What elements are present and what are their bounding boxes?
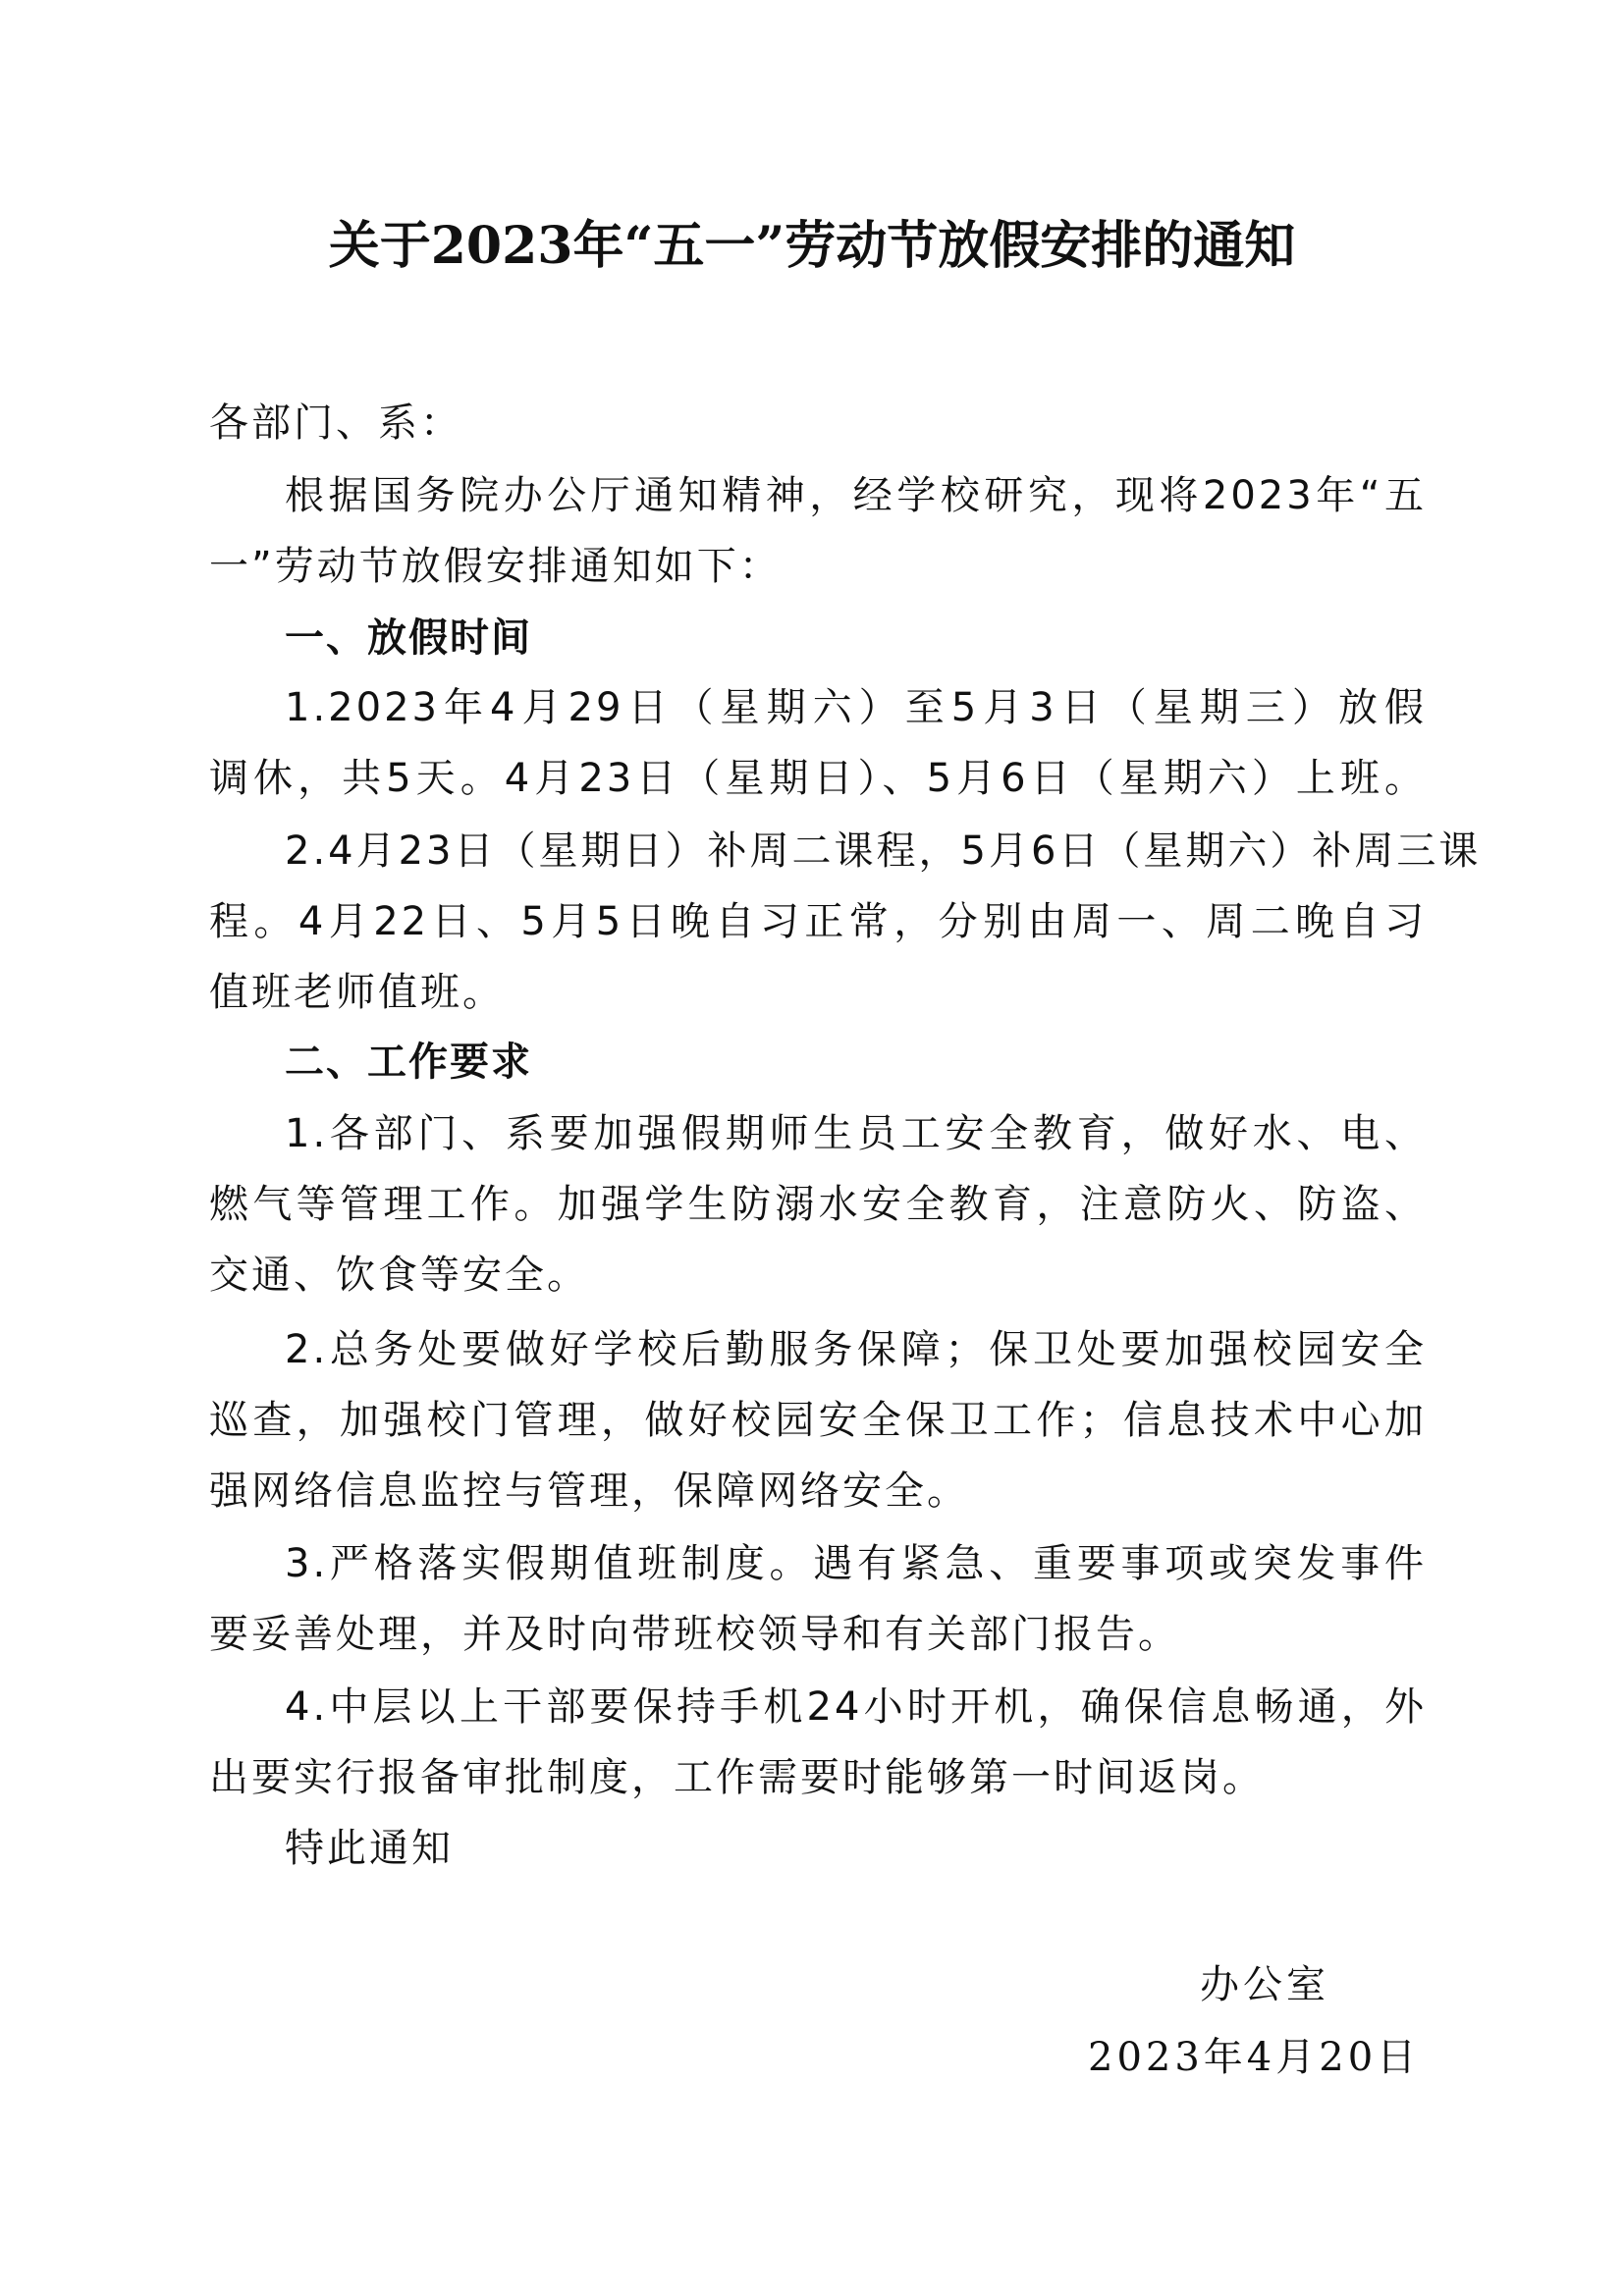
signature-date: 2023年4月20日 bbox=[1088, 2034, 1420, 2081]
holiday-item-2-line-3: 值班老师值班。 bbox=[209, 969, 1427, 1016]
intro-line-2: 一”劳动节放假安排通知如下： bbox=[209, 543, 1427, 590]
work-item-1-line-3: 交通、饮食等安全。 bbox=[209, 1252, 1427, 1299]
work-item-3-line-2: 要妥善处理，并及时向带班校领导和有关部门报告。 bbox=[209, 1611, 1427, 1658]
section-heading-holiday-time: 一、放假时间 bbox=[285, 614, 532, 662]
work-item-4-line-2: 出要实行报备审批制度，工作需要时能够第一时间返岗。 bbox=[209, 1754, 1427, 1801]
work-item-1-line-1: 1.各部门、系要加强假期师生员工安全教育，做好水、电、 bbox=[285, 1110, 1427, 1157]
holiday-item-2-line-2: 程。4月22日、5月5日晚自习正常，分别由周一、周二晚自习 bbox=[209, 898, 1427, 945]
document-title: 关于2023年“五一”劳动节放假安排的通知 bbox=[0, 204, 1624, 278]
signature-issuer: 办公室 bbox=[1200, 1961, 1329, 2008]
salutation: 各部门、系： bbox=[209, 400, 1427, 447]
work-item-1-line-2: 燃气等管理工作。加强学生防溺水安全教育，注意防火、防盗、 bbox=[209, 1181, 1427, 1228]
work-item-3-line-1: 3.严格落实假期值班制度。遇有紧急、重要事项或突发事件 bbox=[285, 1540, 1427, 1587]
intro-line-1: 根据国务院办公厅通知精神，经学校研究，现将2023年“五 bbox=[285, 472, 1427, 519]
work-item-2-line-3: 强网络信息监控与管理，保障网络安全。 bbox=[209, 1468, 1427, 1515]
closing-text: 特此通知 bbox=[285, 1825, 1427, 1872]
work-item-2-line-2: 巡查，加强校门管理，做好校园安全保卫工作；信息技术中心加 bbox=[209, 1397, 1427, 1444]
holiday-item-1-line-2: 调休，共5天。4月23日（星期日）、5月6日（星期六）上班。 bbox=[209, 755, 1427, 802]
holiday-item-1-line-1: 1.2023年4月29日（星期六）至5月3日（星期三）放假 bbox=[285, 684, 1427, 731]
section-heading-work-requirements: 二、工作要求 bbox=[285, 1039, 532, 1086]
work-item-2-line-1: 2.总务处要做好学校后勤服务保障；保卫处要加强校园安全 bbox=[285, 1326, 1427, 1373]
document-page: 关于2023年“五一”劳动节放假安排的通知 各部门、系： 根据国务院办公厅通知精… bbox=[0, 0, 1624, 2296]
work-item-4-line-1: 4.中层以上干部要保持手机24小时开机，确保信息畅通，外 bbox=[285, 1683, 1427, 1731]
holiday-item-2-line-1: 2.4月23日（星期日）补周二课程，5月6日（星期六）补周三课 bbox=[285, 828, 1427, 875]
